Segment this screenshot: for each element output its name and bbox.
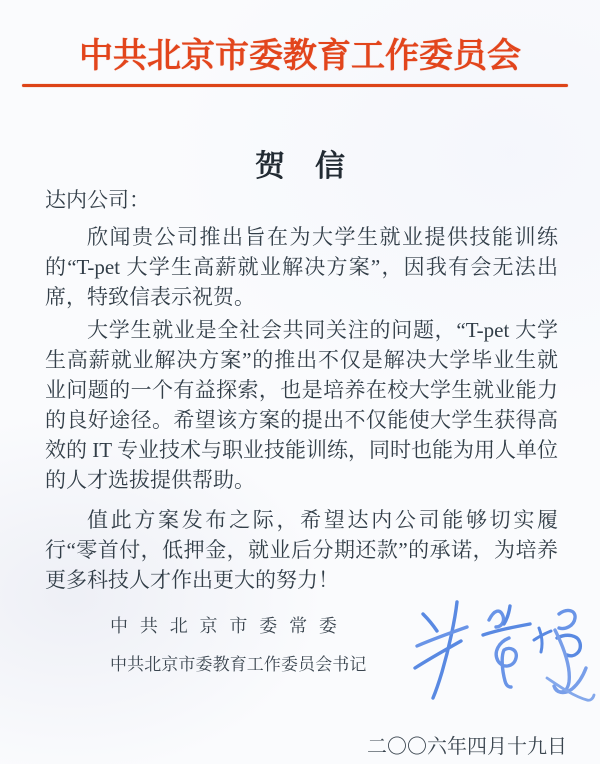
signer-title-char: 北 <box>170 612 188 638</box>
letter-title: 贺 信 <box>0 141 600 185</box>
handwritten-signature <box>397 586 597 712</box>
signer-title-char: 委 <box>319 612 337 638</box>
paragraph-2: 大学生就业是全社会共同关注的问题，“T-pet 大学生高薪就业解决方案”的推出不… <box>45 315 558 495</box>
letter-date: 二〇〇六年四月十九日 <box>367 730 567 759</box>
salutation: 达内公司： <box>45 184 150 214</box>
letterhead-title: 中共北京市委教育工作委员会 <box>0 28 600 77</box>
letter-body: 欣闻贵公司推出旨在为大学生就业提供技能训练的“T-pet 大学生高薪就业解决方案… <box>45 222 558 595</box>
signer-title-char: 委 <box>259 612 277 638</box>
paragraph-1: 欣闻贵公司推出旨在为大学生就业提供技能训练的“T-pet 大学生高薪就业解决方案… <box>45 222 558 312</box>
signer-title-char: 常 <box>289 612 307 638</box>
signer-title-char: 市 <box>229 612 247 638</box>
signer-title-char: 京 <box>200 612 218 638</box>
signer-title-line2: 中共北京市委教育工作委员会书记 <box>110 650 364 675</box>
letterhead-rule <box>22 84 568 87</box>
signer-title-line1: 中 共 北 京 市 委 常 委 <box>110 612 337 638</box>
signer-title-char: 共 <box>140 612 158 638</box>
paragraph-3: 值此方案发布之际，希望达内公司能够切实履行“零首付，低押金，就业后分期还款”的承… <box>45 505 558 595</box>
signer-title-char: 中 <box>110 612 128 638</box>
letter-page: 中共北京市委教育工作委员会 贺 信 达内公司： 欣闻贵公司推出旨在为大学生就业提… <box>0 0 600 764</box>
